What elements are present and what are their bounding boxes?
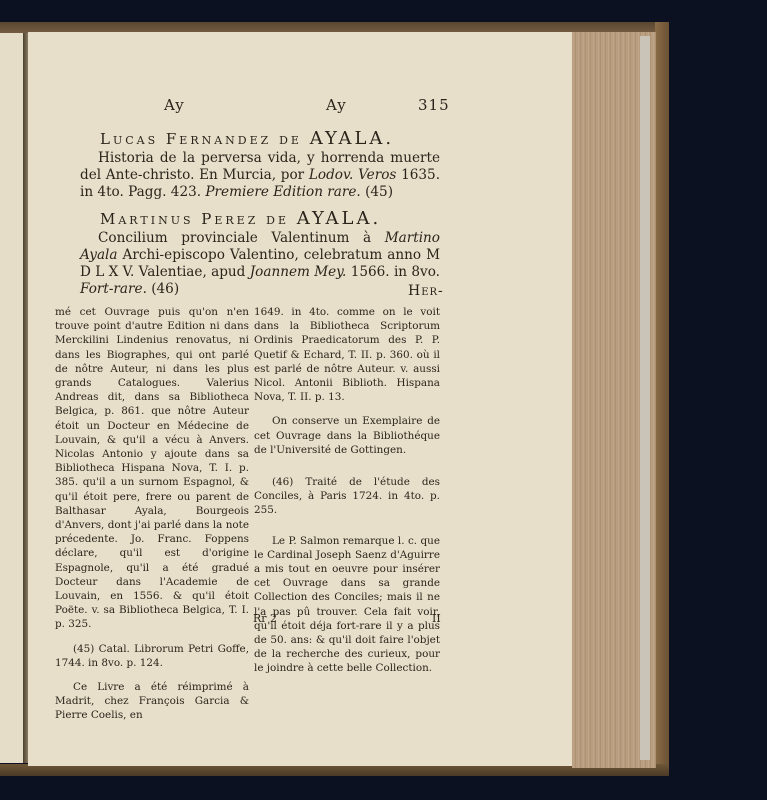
catchword: Her- (408, 283, 444, 299)
entry-rarity: Fort-rare. (80, 281, 147, 297)
footnote-paragraph: Ce Livre a été réimprimé à Madrit, chez … (55, 680, 249, 723)
footnote-column-right: 1649. in 4to. comme on le voit dans la B… (254, 305, 440, 686)
footnote-ref: (45) (365, 184, 393, 200)
entry-heading-2: Martinus Perez de AYALA. (100, 208, 381, 229)
book-cover-right (655, 22, 669, 774)
running-head-left: Ay (164, 96, 185, 114)
entry-heading-surname: AYALA. (297, 208, 381, 229)
footnote-paragraph: 1649. in 4to. comme on le voit dans la B… (254, 305, 440, 404)
footnote-paragraph: Le P. Salmon remarque l. c. que le Cardi… (254, 534, 440, 676)
entry-heading-1: Lucas Fernandez de AYALA. (100, 128, 394, 149)
entry-text: Concilium provinciale Valentinum à (98, 230, 371, 246)
footnote-paragraph: (46) Traité de l'étude des Conciles, à P… (254, 475, 440, 518)
entry-printer: Lodov. Veros (309, 167, 396, 183)
page-number: 315 (418, 96, 450, 114)
entry-body-2: Concilium provinciale Valentinum à Marti… (80, 230, 440, 298)
page-edges-inner (640, 36, 650, 760)
entry-printer: Joannem Mey. (250, 264, 347, 280)
signature-mark-right: II (432, 612, 441, 625)
entry-heading-name: Martinus Perez de (100, 210, 289, 228)
entry-text: 1566. in 8vo. (351, 264, 440, 280)
footnote-ref: (46) (151, 281, 179, 297)
left-page-edge (0, 33, 24, 763)
signature-mark: Rr 2 (253, 612, 277, 625)
entry-heading-surname: AYALA. (310, 128, 394, 149)
footnote-paragraph: mé cet Ouvrage puis qu'on n'en trouve po… (55, 305, 249, 632)
entry-rarity: Premiere Edition rare. (205, 184, 360, 200)
book-page: Ay Ay 315 Lucas Fernandez de AYALA. Hist… (28, 32, 572, 766)
entry-heading-name: Lucas Fernandez de (100, 130, 302, 148)
footnote-column-left: mé cet Ouvrage puis qu'on n'en trouve po… (55, 305, 249, 733)
footnote-paragraph: (45) Catal. Librorum Petri Goffe, 1744. … (55, 642, 249, 670)
running-head-center: Ay (326, 96, 347, 114)
footnote-paragraph: On conserve un Exemplaire de cet Ouvrage… (254, 414, 440, 457)
entry-body-1: Historia de la perversa vida, y horrenda… (80, 150, 440, 201)
